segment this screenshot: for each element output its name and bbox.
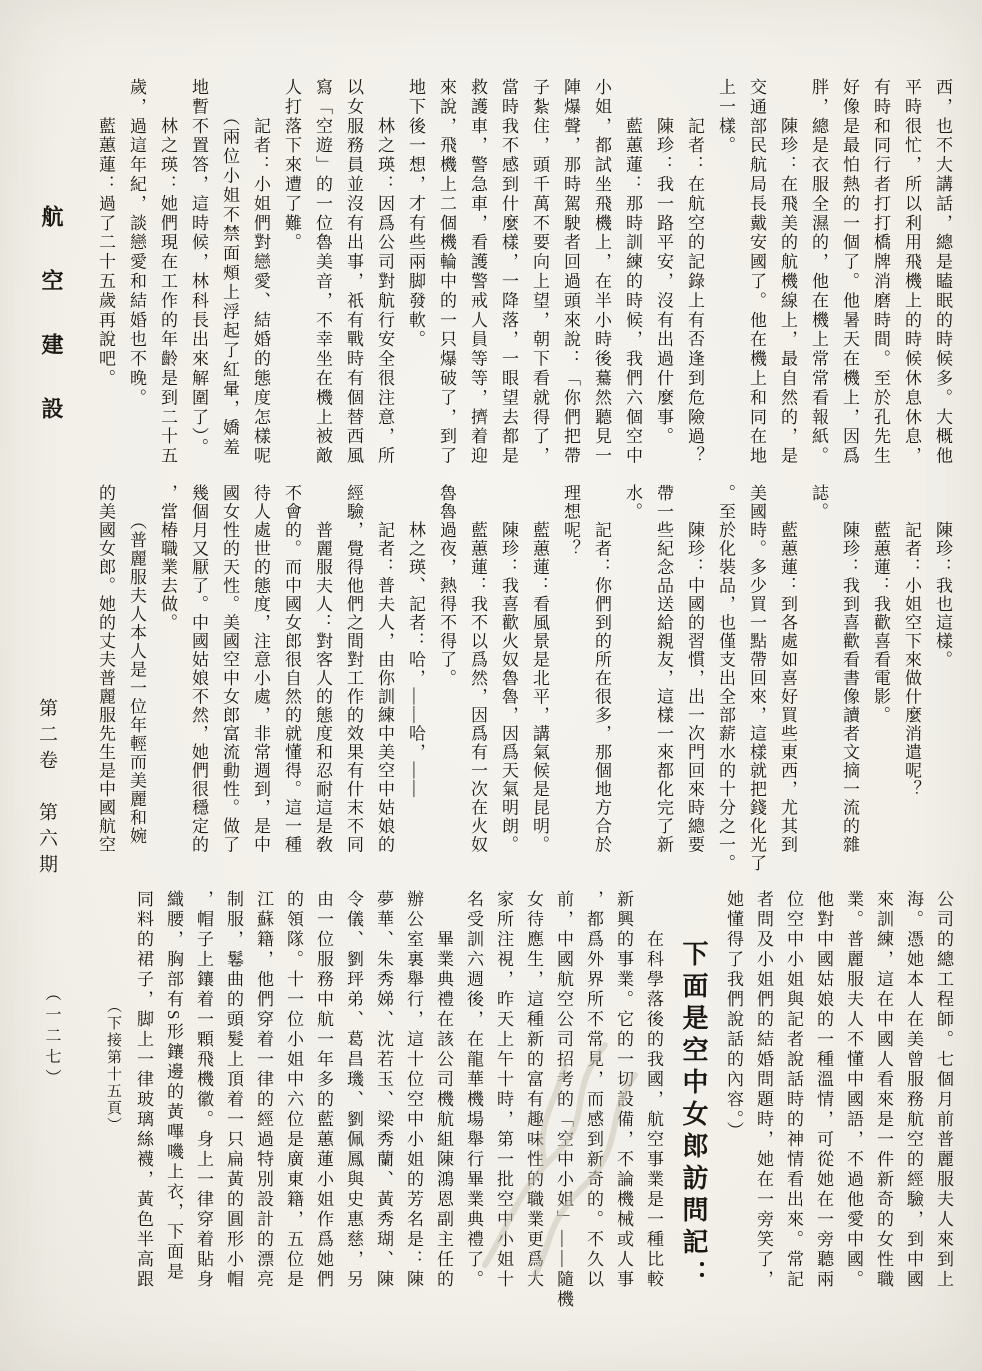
text-column: 林之瑛：她們現在工作的年齡是到二十五 — [152, 78, 183, 472]
text-column: 辦公室裏舉行，這十位空中小姐的芳名是：陳 — [398, 890, 428, 1328]
text-column: 。至於化裝品，也僅支出全部薪水的十分之一。 — [710, 484, 741, 882]
text-column: 由一位服務中航一年多的藍蕙蓮小姐作爲她們 — [308, 890, 338, 1328]
text-column: 江蘇籍，他們穿着一律的經過特別設計的漂亮 — [248, 890, 278, 1328]
text-band-top: 西，也不大講話，總是瞌眠的時候多。大概他平時很忙，所以利用飛機上的時候休息休息，… — [90, 78, 958, 472]
text-column: 人打落下來遭了難。 — [276, 78, 307, 472]
text-column: 林之瑛：因爲公司對航行安全很注意，所 — [369, 78, 400, 472]
text-column: 記者：小姐們對戀愛、結婚的態度怎樣呢 — [245, 78, 276, 472]
text-column: 的美國女郎。她的丈夫普麗服先生是中國航空 — [90, 484, 121, 882]
text-column: 歲，過這年紀，談戀愛和結婚也不晚。 — [121, 78, 152, 472]
text-band-bottom: 公司的總工程師。七個月前普麗服夫人來到上海。憑她本人在美曾服務航空的經驗，到中國… — [98, 890, 958, 1328]
text-column: 小姐，都試坐飛機上，在半小時後驀然聽見一 — [586, 78, 617, 472]
text-column: 寫「空遊」的一位魯美音，不幸坐在機上被敵 — [307, 78, 338, 472]
text-column: 胖，總是衣服全濕的，他在機上常常看報紙。 — [803, 78, 834, 472]
text-column: 藍蕙蓮：過了二十五歲再說吧。 — [90, 78, 121, 472]
text-column: 前，中國航空公司招考的「空中小姐」——隨機 — [548, 890, 578, 1328]
text-column: 水。 — [617, 484, 648, 882]
text-column: 以女服務員並沒有出事，祇有戰時有個替西風 — [338, 78, 369, 472]
text-column: 陳珍：我喜歡火奴魯魯，因爲天氣明朗。 — [493, 484, 524, 882]
text-column: ，都爲外界所不常見，而感到新奇的。不久以 — [578, 890, 608, 1328]
text-column: 藍蕙蓮：我歡喜看電影。 — [865, 484, 896, 882]
text-column: 交通部民航局長戴安國了。他在機上和同在地 — [741, 78, 772, 472]
text-column: 藍蕙蓮：看風景是北平，講氣候是昆明。 — [524, 484, 555, 882]
text-column: 陳珍：我也這樣。 — [927, 484, 958, 882]
text-column: 的領隊。十一位小姐中六位是廣東籍，五位是 — [278, 890, 308, 1328]
text-column: 他對中國姑娘的一種溫情，可從她在一旁聽兩 — [808, 890, 838, 1328]
text-column: 家所注視，昨天上午十時，第一批空中小姐十 — [488, 890, 518, 1328]
text-column: 經驗，覺得他們之間對工作的效果有什末不同 — [338, 484, 369, 882]
text-column: （兩位小姐不禁面頰上浮起了紅暈，嬌羞 — [214, 78, 245, 472]
article-title: 下面是空中女郎訪問記： — [668, 890, 718, 1328]
text-column: 西，也不大講話，總是瞌眠的時候多。大概他 — [927, 78, 958, 472]
text-column: 幾個月又厭了。中國姑娘不然，她們很穩定的 — [183, 484, 214, 882]
text-column: 公司的總工程師。七個月前普麗服夫人來到上 — [928, 890, 958, 1328]
text-column: 子紮住，頭千萬不要向上望，朝下看就得了， — [524, 78, 555, 472]
text-column: 魯魯過夜，熱得不得了。 — [431, 484, 462, 882]
text-column: （普麗服夫人本人是一位年輕而美麗和婉 — [121, 484, 152, 882]
journal-title: 航空建設 — [36, 205, 67, 461]
text-column: 畢業典禮在該公司機航組陳鴻恩副主任的 — [428, 890, 458, 1328]
scanned-page: 航空建設 第二卷 第六期 （一二七） 西，也不大講話，總是瞌眠的時候多。大概他平… — [0, 0, 982, 1371]
text-column: 陳珍：我一路平安，沒有出過什麼事。 — [648, 78, 679, 472]
text-column: 新興的事業。它的一切設備，不論機械或人事 — [608, 890, 638, 1328]
page-number: （一二七） — [40, 985, 63, 1090]
text-column: 地下後一想，才有些兩脚發軟。 — [400, 78, 431, 472]
text-column: 夢華、朱秀娣、沈若玉、梁秀蘭、黃秀瑚、陳 — [368, 890, 398, 1328]
text-column: 上一樣。 — [710, 78, 741, 472]
continuation-note: （下接第十五頁） — [98, 890, 128, 1328]
text-column: 藍蕙蓮：那時訓練的時候，我們六個空中 — [617, 78, 648, 472]
text-column: 陣爆聲，那時駕駛者回過頭來說：「你們把帶 — [555, 78, 586, 472]
text-column: 女待應生，這種新的富有趣味性的職業更爲大 — [518, 890, 548, 1328]
text-column: 她懂得了我們說話的內容。） — [718, 890, 748, 1328]
text-column: 來訓練，這在中國人看來是一件新奇的女性職 — [868, 890, 898, 1328]
text-column: 陳珍：在飛美的航機線上，最自然的，是 — [772, 78, 803, 472]
text-column: 國女性的天性。美國空中女郎富流動性。做了 — [214, 484, 245, 882]
text-column: 平時很忙，所以利用飛機上的時候休息休息， — [896, 78, 927, 472]
text-column: 者問及小姐們的結婚問題時，她在一旁笑了， — [748, 890, 778, 1328]
volume-issue: 第二卷 第六期 — [33, 698, 60, 880]
text-column: 記者：在航空的記錄上有否逢到危險過？ — [679, 78, 710, 472]
text-column: 當時我不感到什麼樣，一降落，一眼望去都是 — [493, 78, 524, 472]
text-column: 記者：小姐空下來做什麼消遣呢？ — [896, 484, 927, 882]
text-column: 在科學落後的我國，航空事業是一種比較 — [638, 890, 668, 1328]
text-column: 不會的。而中國女郎很自然的就懂得。這一種 — [276, 484, 307, 882]
text-column: 有時和同行者打打橋牌消磨時間。至於孔先生 — [865, 78, 896, 472]
text-column: 位空中小姐與記者說話時的神情看出來。常記 — [778, 890, 808, 1328]
text-column: 藍蕙蓮：我不以爲然，因爲有一次在火奴 — [462, 484, 493, 882]
text-column: ，帽子上鑲着一顆飛機徽。身上一律穿着貼身 — [188, 890, 218, 1328]
text-column: 陳珍：中國的習慣，出一次門回來時總要 — [679, 484, 710, 882]
text-column: 藍蕙蓮：到各處如喜好買些東西，尤其到 — [772, 484, 803, 882]
text-column: 林之瑛、記者：哈，——哈，—— — [400, 484, 431, 882]
text-column: 待人處世的態度，注意小處，非常週到，是中 — [245, 484, 276, 882]
text-column: 普麗服夫人：對客人的態度和忍耐這是敎 — [307, 484, 338, 882]
text-column: 織腰，胸部有S形鑲邊的黃嗶嘰上衣，下面是 — [158, 890, 188, 1328]
text-column: 救護車，警急車，看護警戒人員等等，擠着迎 — [462, 78, 493, 472]
text-column: 美國時。多少買一點帶回來，這樣就把錢化光了 — [741, 484, 772, 882]
text-column: 海。憑她本人在美曾服務航空的經驗，到中國 — [898, 890, 928, 1328]
text-column: 地暫不置答，這時候，林科長出來解圍了）。 — [183, 78, 214, 472]
text-column: 陳珍：我到喜歡看書像讀者文摘一流的雜 — [834, 484, 865, 882]
text-column: 名受訓六週後，在龍華機場舉行畢業典禮了。 — [458, 890, 488, 1328]
text-column: 好像是最怕熱的一個了。他暑天在機上，因爲 — [834, 78, 865, 472]
text-column: 理想呢？ — [555, 484, 586, 882]
text-band-middle: 陳珍：我也這樣。 記者：小姐空下來做什麼消遣呢？ 藍蕙蓮：我歡喜看電影。 陳珍：… — [90, 484, 958, 882]
text-column: 業。普麗服夫人不懂中國語，不過他愛中國。 — [838, 890, 868, 1328]
text-column: 同料的裙子，脚上一律玻璃絲襪，黃色半高跟 — [128, 890, 158, 1328]
text-column: 記者：你們到的所在很多，那個地方合於 — [586, 484, 617, 882]
text-column: 令儀、劉玶弟、葛昌璣、劉佩鳳與史惠慈，另 — [338, 890, 368, 1328]
text-column: 制服，鬈曲的頭髮上頂着一只扁黃的圓形小帽 — [218, 890, 248, 1328]
text-column: 帶一些紀念品送給親友，這樣一來都化完了新 — [648, 484, 679, 882]
text-column: 記者：普夫人，由你訓練中美空中姑娘的 — [369, 484, 400, 882]
text-column: 誌。 — [803, 484, 834, 882]
text-column: 來說，飛機上二個機輪中的一只爆破了，到了 — [431, 78, 462, 472]
text-column: ，當椿職業去做。 — [152, 484, 183, 882]
